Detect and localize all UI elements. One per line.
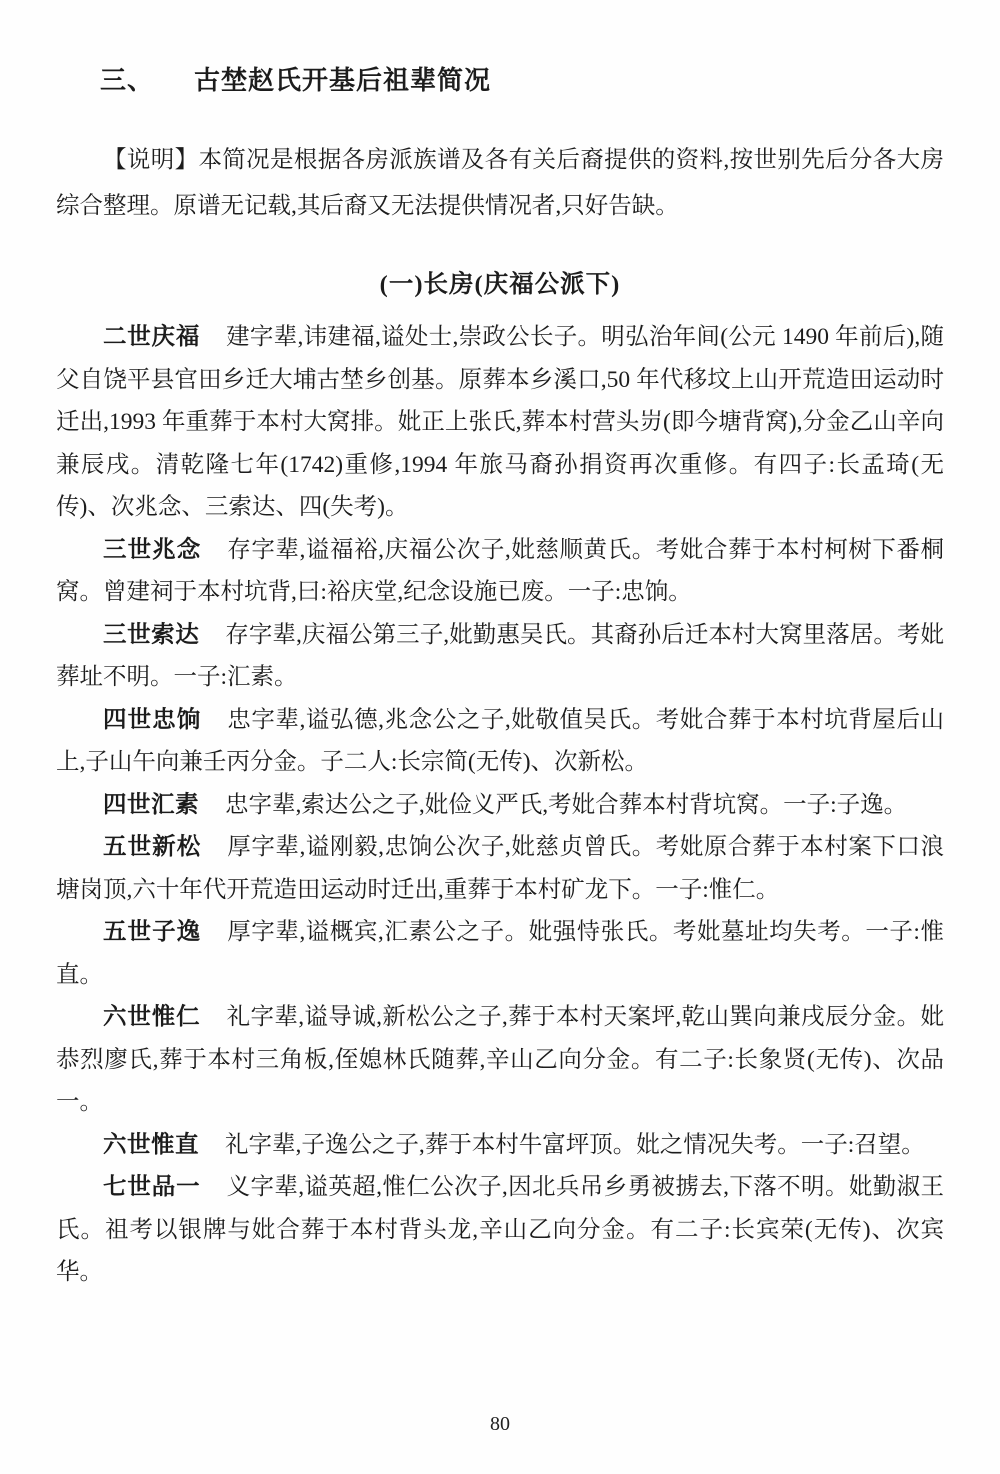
genealogy-entry: 六世惟直礼字辈,子逸公之子,葬于本村牛富坪顶。妣之情况失考。一子:召望。 [56, 1124, 944, 1167]
genealogy-entry: 五世新松厚字辈,谥刚毅,忠饷公次子,妣慈贞曾氏。考妣原合葬于本村案下口浪塘岗顶,… [56, 826, 944, 911]
genealogy-entry: 四世忠饷忠字辈,谥弘德,兆念公之子,妣敬值吴氏。考妣合葬于本村坑背屋后山上,子山… [56, 699, 944, 784]
entry-person-name: 二世庆福 [103, 324, 200, 350]
entry-person-name: 六世惟仁 [103, 1004, 201, 1030]
entry-text: 忠字辈,索达公之子,妣俭义严氏,考妣合葬本村背坑窝。一子:子逸。 [225, 792, 907, 818]
entry-person-name: 四世汇素 [103, 792, 199, 818]
entry-person-name: 三世兆念 [103, 537, 201, 563]
section-number: 三、 [100, 66, 154, 95]
subsection-heading: (一)长房(庆福公派下) [56, 265, 944, 300]
entry-text: 建字辈,讳建福,谥处士,崇政公长子。明弘治年间(公元 1490 年前后),随父自… [56, 324, 944, 520]
genealogy-entry: 三世索达存字辈,庆福公第三子,妣勤惠吴氏。其裔孙后迁本村大窝里落居。考妣葬址不明… [56, 614, 944, 699]
genealogy-entry: 三世兆念存字辈,谥福裕,庆福公次子,妣慈顺黄氏。考妣合葬于本村柯树下番桐窝。曾建… [56, 529, 944, 614]
page-title-text: 古埜赵氏开基后祖辈简况 [194, 66, 491, 95]
document-page: 三、古埜赵氏开基后祖辈简况 【说明】本简况是根据各房派族谱及各有关后裔提供的资料… [0, 0, 1000, 1474]
genealogy-entry: 五世子逸厚字辈,谥概宾,汇素公之子。妣强恃张氏。考妣墓址均失考。一子:惟直。 [56, 911, 944, 996]
genealogy-entry: 七世品一义字辈,谥英超,惟仁公次子,因北兵吊乡勇被掳去,下落不明。妣勤淑王氏。祖… [56, 1166, 944, 1294]
document-title: 三、古埜赵氏开基后祖辈简况 [56, 60, 944, 97]
entry-person-name: 六世惟直 [103, 1132, 199, 1158]
entry-text: 礼字辈,子逸公之子,葬于本村牛富坪顶。妣之情况失考。一子:召望。 [225, 1132, 925, 1158]
genealogy-entry: 四世汇素忠字辈,索达公之子,妣俭义严氏,考妣合葬本村背坑窝。一子:子逸。 [56, 784, 944, 827]
genealogy-entry: 六世惟仁礼字辈,谥导诚,新松公之子,葬于本村天案坪,乾山巽向兼戌辰分金。妣恭烈廖… [56, 996, 944, 1124]
entry-person-name: 五世子逸 [103, 919, 201, 945]
genealogy-entry: 二世庆福建字辈,讳建福,谥处士,崇政公长子。明弘治年间(公元 1490 年前后)… [56, 316, 944, 529]
entry-person-name: 四世忠饷 [103, 707, 201, 733]
page-number: 80 [0, 1413, 1000, 1436]
entry-person-name: 五世新松 [103, 834, 201, 860]
intro-paragraph: 【说明】本简况是根据各房派族谱及各有关后裔提供的资料,按世别先后分各大房综合整理… [56, 137, 944, 229]
entry-person-name: 三世索达 [103, 622, 199, 648]
entry-person-name: 七世品一 [103, 1174, 201, 1200]
